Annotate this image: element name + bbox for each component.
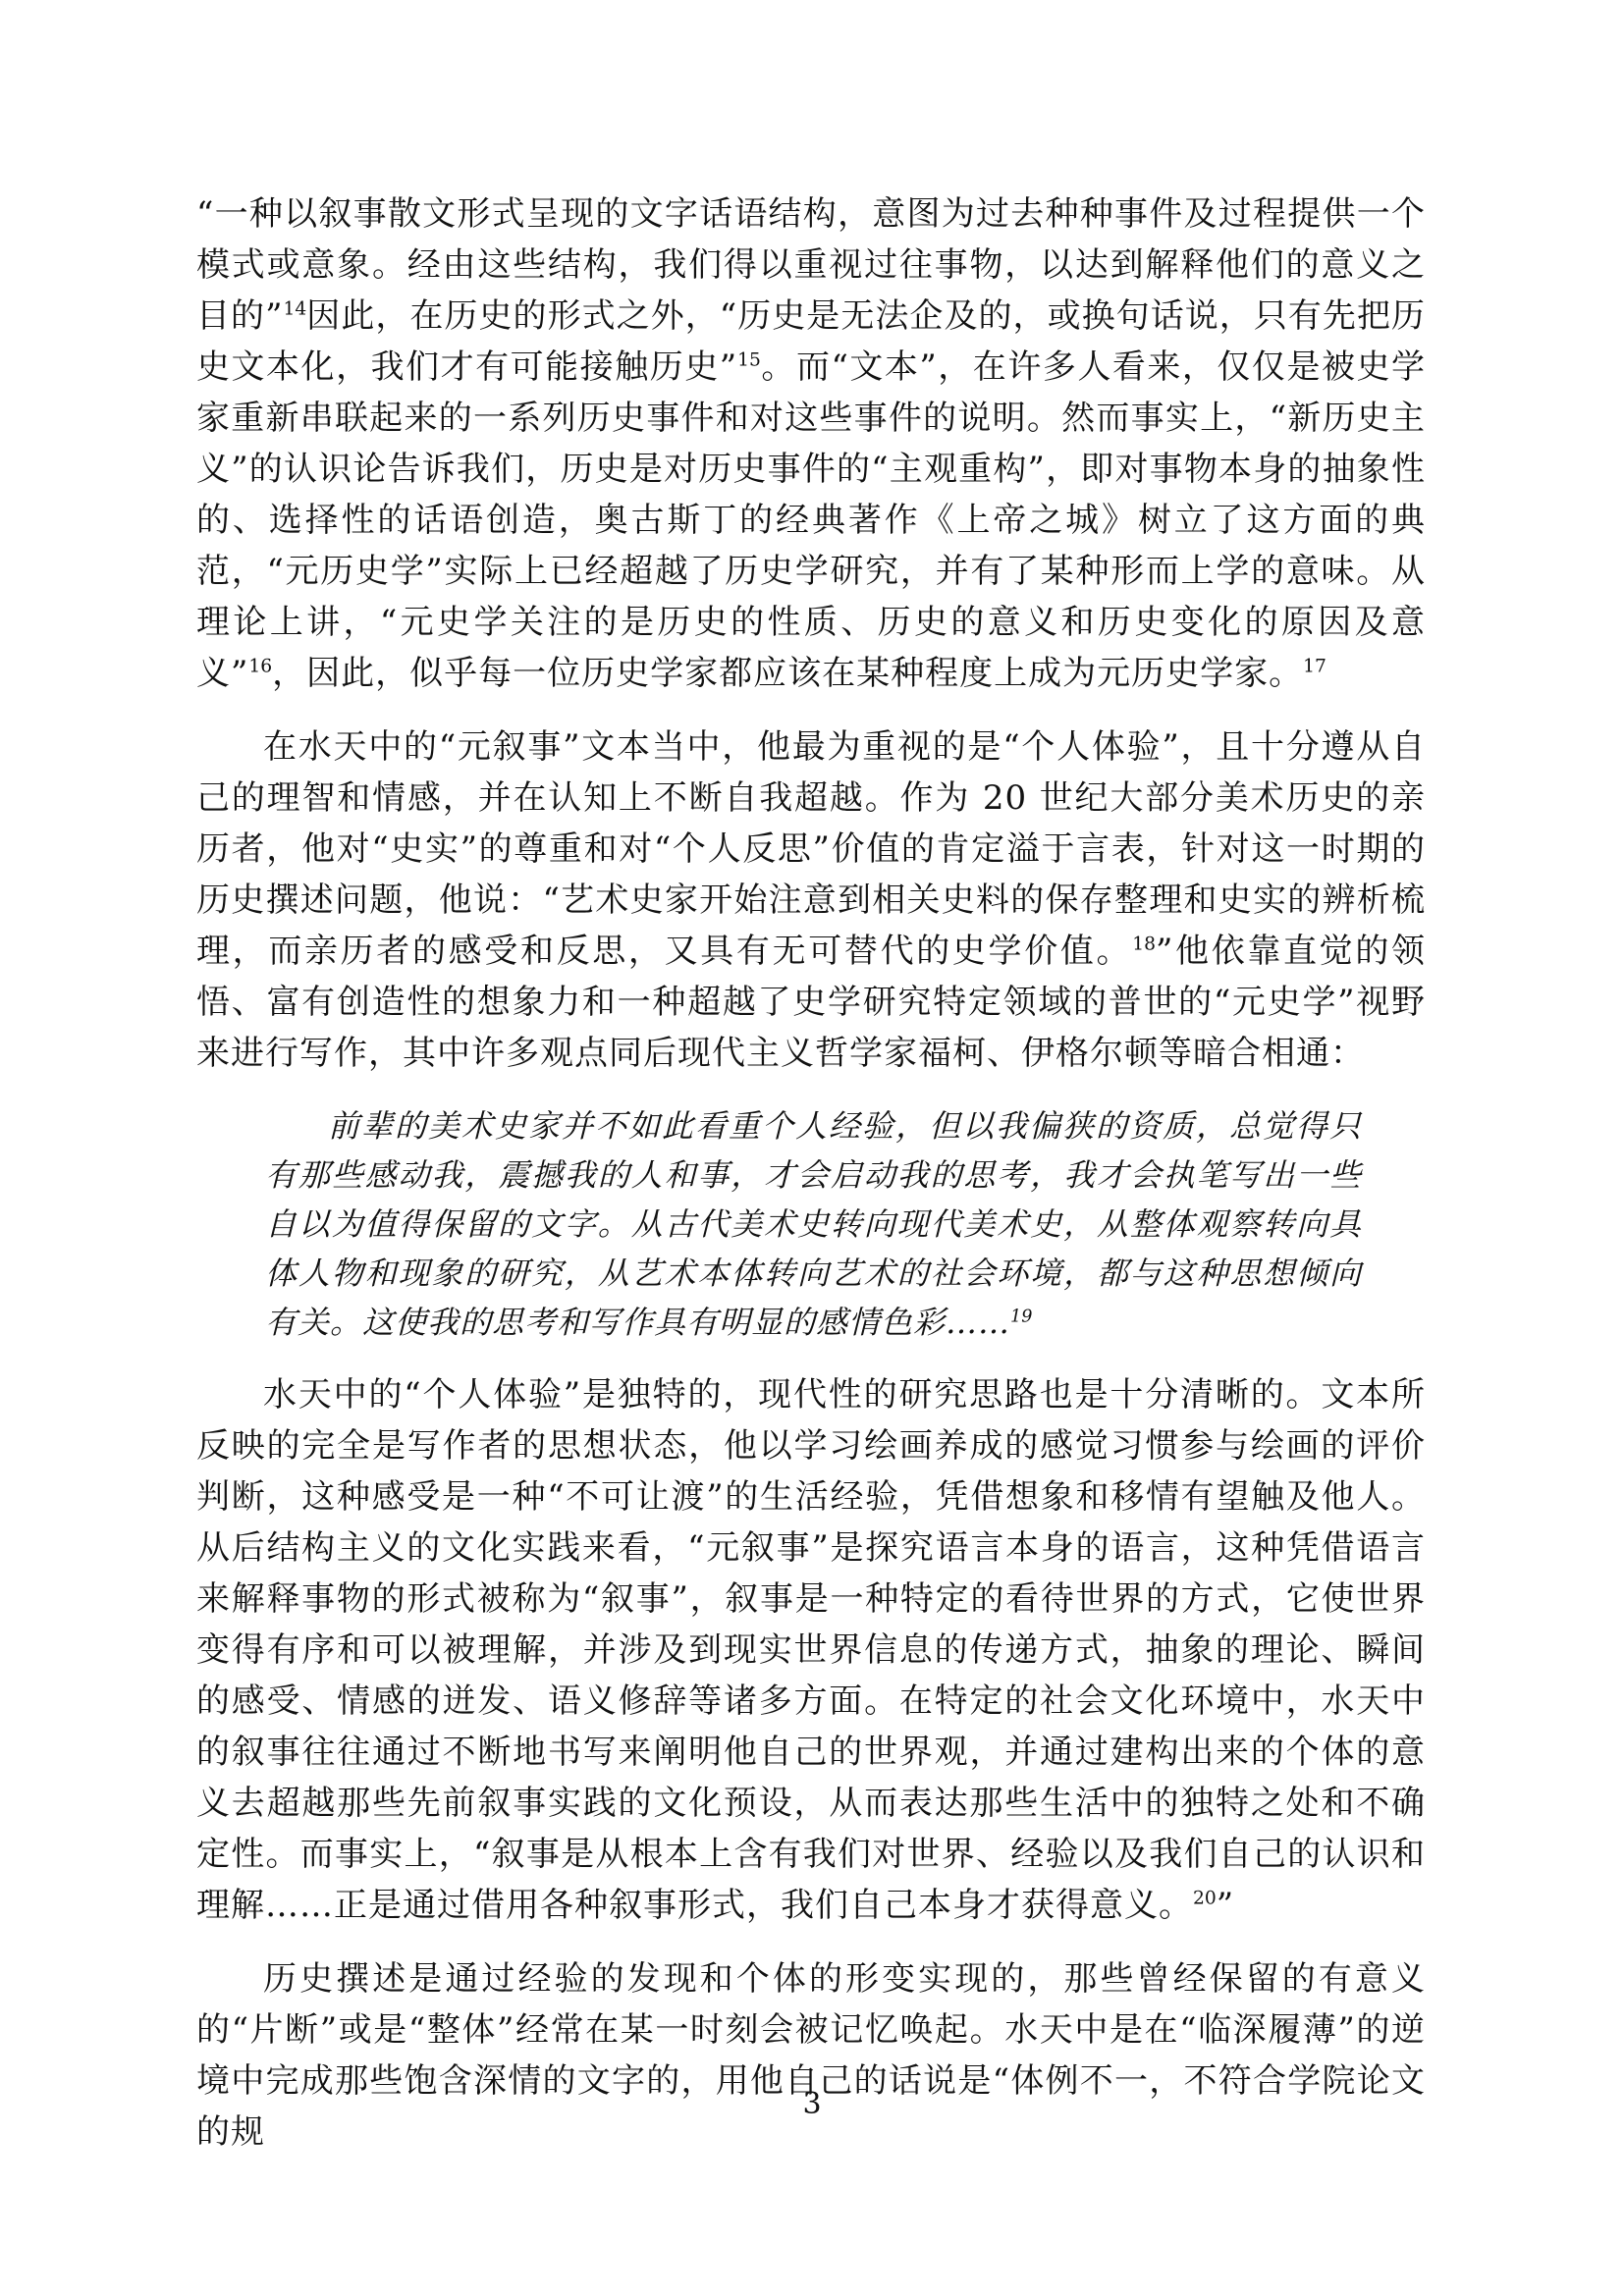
paragraph: 在水天中的“元叙事”文本当中，他最为重视的是“个人体验”，且十分遵从自己的理智和… xyxy=(196,721,1426,1079)
footnote-marker: 18 xyxy=(1132,934,1156,955)
footnote-marker: 14 xyxy=(283,299,306,320)
footnote-marker: 20 xyxy=(1193,1889,1217,1909)
footnote-marker: 16 xyxy=(248,657,272,677)
footnote-marker: 15 xyxy=(737,350,761,371)
text-run: ，因此，似乎每一位历史学家都应该在某种程度上成为元历史学家。 xyxy=(272,654,1303,693)
block-quote: 前辈的美术史家并不如此看重个人经验，但以我偏狭的资质，总觉得只有那些感动我，震撼… xyxy=(265,1101,1362,1347)
page-number: 3 xyxy=(0,2087,1624,2122)
paragraph: 历史撰述是通过经验的发现和个体的形变实现的，那些曾经保留的有意义的“片断”或是“… xyxy=(196,1953,1426,2158)
paragraph: 水天中的“个人体验”是独特的，现代性的研究思路也是十分清晰的。文本所反映的完全是… xyxy=(196,1369,1426,1931)
text-run: 前辈的美术史家并不如此看重个人经验，但以我偏狭的资质，总觉得只有那些感动我，震撼… xyxy=(265,1107,1362,1341)
footnote-marker: 17 xyxy=(1303,657,1326,677)
paragraph: “一种以叙事散文形式呈现的文字话语结构，意图为过去种种事件及过程提供一个模式或意… xyxy=(196,188,1426,699)
text-run: 历史撰述是通过经验的发现和个体的形变实现的，那些曾经保留的有意义的“片断”或是“… xyxy=(196,1959,1426,2152)
text-run: ” xyxy=(1217,1886,1234,1925)
text-run: 水天中的“个人体验”是独特的，现代性的研究思路也是十分清晰的。文本所反映的完全是… xyxy=(196,1375,1426,1925)
text-run: 。而“文本”，在许多人看来，仅仅是被史学家重新串联起来的一系列历史事件和对这些事… xyxy=(196,347,1426,693)
document-page: “一种以叙事散文形式呈现的文字话语结构，意图为过去种种事件及过程提供一个模式或意… xyxy=(0,0,1624,2296)
footnote-marker: 19 xyxy=(1010,1307,1032,1326)
page-body: “一种以叙事散文形式呈现的文字话语结构，意图为过去种种事件及过程提供一个模式或意… xyxy=(196,188,1426,2180)
